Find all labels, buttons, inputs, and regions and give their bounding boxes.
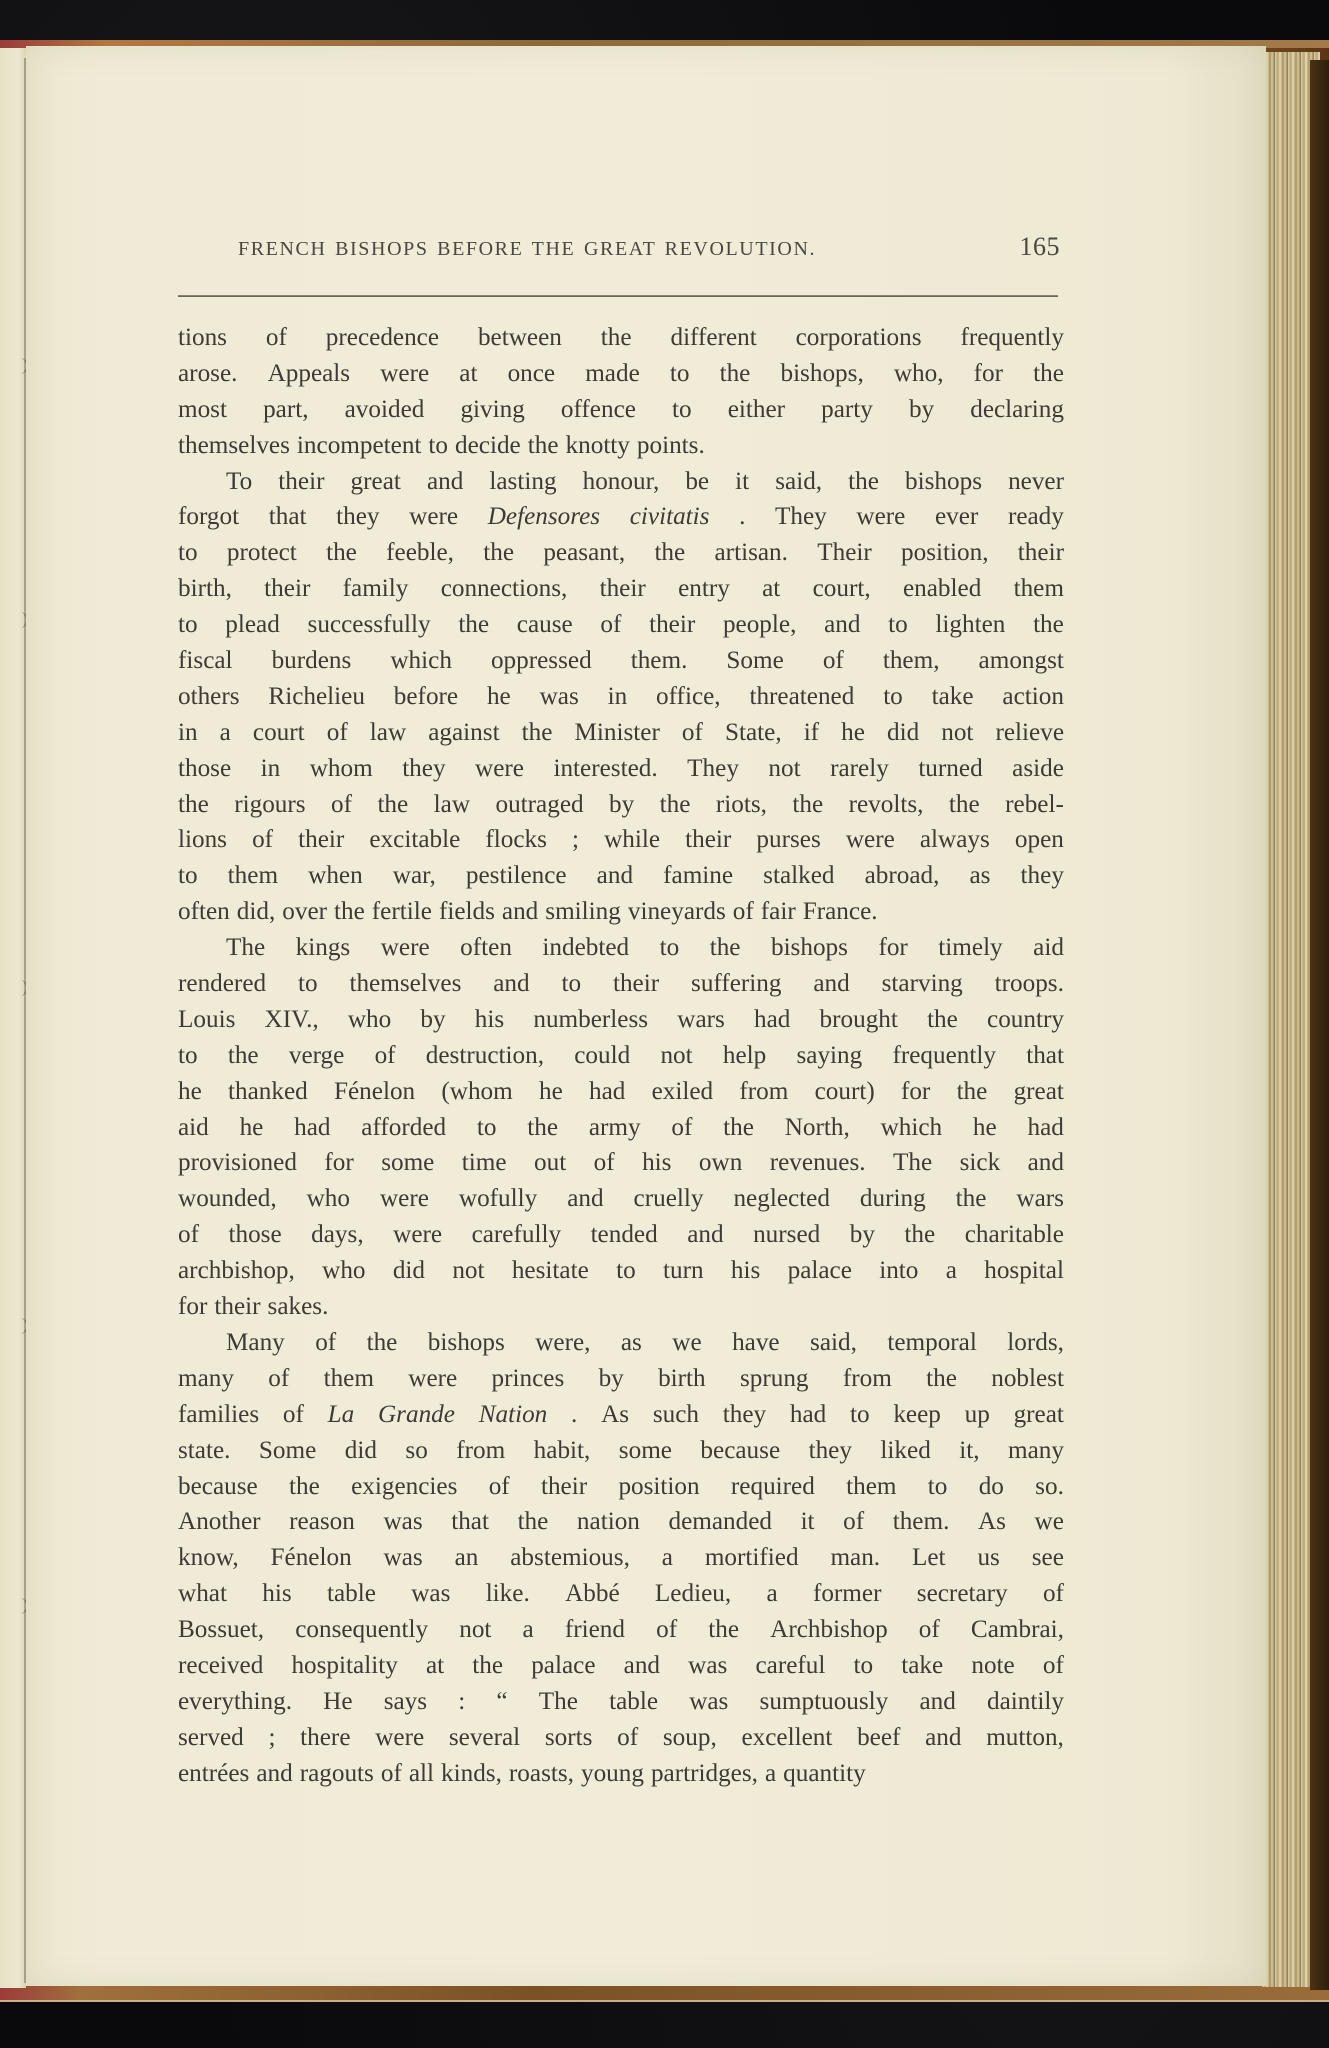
text-line: state.Somedidsofromhabit,somebecausethey… [178, 1433, 1064, 1469]
word: know, [178, 1540, 239, 1576]
word: as [969, 858, 990, 894]
word: and [1028, 1145, 1064, 1181]
word: fields [439, 894, 495, 930]
word: received [178, 1648, 263, 1684]
word: quantity [783, 1756, 866, 1792]
word: daintily [987, 1684, 1064, 1720]
text-line: Totheirgreatandlastinghonour,beitsaid,th… [178, 464, 1064, 500]
word: did, [237, 894, 275, 930]
word: the [1033, 356, 1064, 392]
word: the [708, 1612, 739, 1648]
word: the [710, 930, 741, 966]
word: their [214, 1289, 260, 1325]
word: wars [1016, 1181, 1064, 1217]
word: by [609, 787, 634, 823]
word: whom [310, 751, 373, 787]
word: to [178, 535, 198, 571]
text-line: toprotectthefeeble,thepeasant,theartisan… [178, 535, 1064, 571]
word: purses [756, 822, 820, 858]
word: a [946, 1253, 957, 1289]
left-gutter [0, 48, 26, 1988]
word: during [860, 1181, 926, 1217]
word: The [226, 930, 265, 966]
word: at [459, 356, 477, 392]
word: Abbé [565, 1576, 620, 1612]
word: war, [393, 858, 436, 894]
word: of [283, 1397, 304, 1433]
word: his [262, 1576, 291, 1612]
word: (whom [441, 1074, 512, 1110]
word: the [472, 1648, 503, 1684]
word: often [178, 894, 230, 930]
word: see [1032, 1540, 1064, 1576]
word: most [178, 392, 227, 428]
word: the [527, 1110, 558, 1146]
word: ; [572, 822, 579, 858]
text-line: Bossuet,consequentlynotafriendoftheArchb… [178, 1612, 1064, 1648]
text-line: aidhehadaffordedtothearmyoftheNorth,whic… [178, 1110, 1064, 1146]
body-text: tionsofprecedencebetweenthedifferentcorp… [178, 320, 1064, 1792]
word: to [850, 1397, 870, 1433]
word: to [616, 1253, 636, 1289]
word: it [735, 464, 749, 500]
word: by [599, 1361, 624, 1397]
word: riots, [716, 787, 767, 823]
word: . [739, 499, 745, 535]
word: to [854, 1648, 874, 1684]
word: the [904, 1217, 935, 1253]
word: his [731, 1253, 760, 1289]
word: Cambrai, [971, 1612, 1064, 1648]
word: families [178, 1397, 259, 1433]
word: the [957, 1074, 988, 1110]
word: to [298, 966, 318, 1002]
word: mutton, [986, 1720, 1064, 1756]
word: entrées [178, 1756, 249, 1792]
word: he [539, 1074, 563, 1110]
word: peasant, [543, 535, 625, 571]
word: thanked [228, 1074, 308, 1110]
word: who, [894, 356, 944, 392]
word: of [682, 715, 703, 751]
word: bishops [428, 1325, 505, 1361]
text-line: forgotthattheywereDefensorescivitatis.Th… [178, 499, 1064, 535]
word: lasting [489, 464, 556, 500]
word: nursed [753, 1217, 820, 1253]
text-line: ofthosedays,werecarefullytendedandnursed… [178, 1217, 1064, 1253]
word: nation [577, 1504, 640, 1540]
word: of [381, 1756, 402, 1792]
word: cause [517, 607, 573, 643]
word: we [672, 1325, 701, 1361]
word: court) [815, 1074, 875, 1110]
word: Minister [574, 715, 659, 751]
word: at [762, 571, 780, 607]
word: aid [1033, 930, 1064, 966]
word: do [979, 1469, 1004, 1505]
word: if [804, 715, 819, 751]
word: from [456, 1433, 505, 1469]
word: was [688, 1648, 727, 1684]
word: exiled [652, 1074, 714, 1110]
word: ready [1008, 499, 1064, 535]
word: Archbishop [770, 1612, 888, 1648]
word: of [375, 1038, 396, 1074]
word: people, [723, 607, 796, 643]
word: us [977, 1540, 999, 1576]
word: an [455, 1540, 479, 1576]
word: brought [820, 1002, 898, 1038]
word: the [483, 535, 514, 571]
word: before [394, 679, 458, 715]
word: was [689, 1684, 728, 1720]
word: the [289, 1469, 320, 1505]
word: their [685, 822, 731, 858]
word: the [458, 607, 489, 643]
word: days, [311, 1217, 363, 1253]
word: so. [1035, 1469, 1064, 1505]
word: were [409, 499, 458, 535]
word: XIV., [265, 1002, 319, 1038]
word: They [775, 499, 827, 535]
word: amongst [979, 643, 1064, 679]
word: fertile [372, 894, 432, 930]
word: and [813, 966, 849, 1002]
text-line: everything.Hesays:“Thetablewassumptuousl… [178, 1684, 1064, 1720]
word: secretary [917, 1576, 1008, 1612]
text-line: therigoursofthelawoutragedbytheriots,the… [178, 787, 1064, 823]
word: the [377, 787, 408, 823]
word: turn [663, 1253, 704, 1289]
text-line: tothevergeofdestruction,couldnothelpsayi… [178, 1038, 1064, 1074]
word: in [261, 751, 281, 787]
word: they [336, 499, 379, 535]
word: of [617, 1720, 638, 1756]
word: for [878, 930, 907, 966]
word: the [334, 894, 365, 930]
word: and [427, 464, 463, 500]
word: of [1043, 1648, 1064, 1684]
word: their [1018, 535, 1064, 571]
word: former [813, 1576, 882, 1612]
word: over [282, 894, 327, 930]
word: consequently [295, 1612, 428, 1648]
word: a [766, 1576, 777, 1612]
word: tended [591, 1217, 658, 1253]
word: knotty [566, 428, 630, 464]
word: to [660, 930, 680, 966]
word: rarely [830, 751, 889, 787]
word: says [384, 1684, 427, 1720]
word: reason [289, 1504, 355, 1540]
word: successfully [308, 607, 431, 643]
word: of [843, 1504, 864, 1540]
word: and [256, 1756, 292, 1792]
word: those [228, 1217, 281, 1253]
word: state. [178, 1433, 230, 1469]
text-line: familiesofLaGrandeNation.Assuchtheyhadto… [178, 1397, 1064, 1433]
word: law [370, 715, 406, 751]
word: beef [857, 1720, 900, 1756]
word: frequently [960, 320, 1064, 356]
word: several [449, 1720, 520, 1756]
word: into [879, 1253, 918, 1289]
word: they [723, 1397, 766, 1433]
word: relieve [995, 715, 1064, 751]
word: some [381, 1145, 434, 1181]
word: lighten [935, 607, 1005, 643]
word: soup, [663, 1720, 717, 1756]
word: were [846, 822, 895, 858]
word: tions [178, 320, 227, 356]
word: mortified [705, 1540, 799, 1576]
word: of [823, 643, 844, 679]
text-line: tothemwhenwar,pestilenceandfaminestalked… [178, 858, 1064, 894]
word: turned [918, 751, 982, 787]
word: the [1033, 607, 1064, 643]
word: careful [755, 1648, 825, 1684]
paragraph: tionsofprecedencebetweenthedifferentcorp… [178, 320, 1064, 464]
word: to [928, 1469, 948, 1505]
word: decide [455, 428, 521, 464]
word: table [609, 1684, 658, 1720]
word: like. [486, 1576, 530, 1612]
word: party [821, 392, 873, 428]
text-line: manyofthemwereprincesbybirthsprungfromth… [178, 1361, 1064, 1397]
word: aid [178, 1110, 209, 1146]
word: them [1014, 571, 1064, 607]
word: wars [677, 1002, 725, 1038]
word: for [901, 1074, 930, 1110]
word: of [252, 822, 273, 858]
word: family [343, 571, 409, 607]
word: sprung [740, 1361, 809, 1397]
word: he [487, 679, 511, 715]
word: Another [178, 1504, 261, 1540]
word: them. [631, 643, 688, 679]
word: Louis [178, 1002, 235, 1038]
word: forgot [178, 499, 239, 535]
word: position [618, 1469, 699, 1505]
word: have [732, 1325, 780, 1361]
word: offence [561, 392, 636, 428]
word: precedence [326, 320, 439, 356]
word: we [1035, 1504, 1064, 1540]
word: so [405, 1433, 427, 1469]
word: avoided [345, 392, 425, 428]
word: to [477, 1110, 497, 1146]
word: there [300, 1720, 350, 1756]
word: to [888, 607, 908, 643]
word: who [307, 1181, 350, 1217]
word: demanded [668, 1504, 772, 1540]
word: they [1021, 858, 1064, 894]
word: from [843, 1361, 892, 1397]
word: revenues. [770, 1145, 866, 1181]
word: own [699, 1145, 742, 1181]
word: of [733, 894, 754, 930]
word: honour, [583, 464, 660, 500]
word: Richelieu [268, 679, 365, 715]
word: points. [637, 428, 705, 464]
word: France. [803, 894, 878, 930]
word: of [1043, 1576, 1064, 1612]
word: to [562, 966, 582, 1002]
word: exigencies [351, 1469, 457, 1505]
word: hesitate [512, 1253, 589, 1289]
word: oppressed [491, 643, 592, 679]
text-line: wounded,whowerewofullyandcruellyneglecte… [178, 1181, 1064, 1217]
word: their [600, 571, 646, 607]
word: bishops [771, 930, 848, 966]
word: army [589, 1110, 641, 1146]
word: for [324, 1145, 353, 1181]
word: North, [785, 1110, 850, 1146]
word: his [642, 1145, 671, 1181]
word: giving [460, 392, 524, 428]
word: note [971, 1648, 1014, 1684]
word: their [298, 822, 344, 858]
word: when [308, 858, 363, 894]
italic-word: Grande [378, 1397, 455, 1433]
word: did [393, 1253, 425, 1289]
word: indebted [542, 930, 629, 966]
word: they [809, 1433, 852, 1469]
word: great [1014, 1397, 1064, 1433]
word: : [458, 1684, 465, 1720]
word: plead [225, 607, 280, 643]
word: the [723, 1110, 754, 1146]
word: never [1008, 464, 1064, 500]
word: bishops [905, 464, 982, 500]
word: fiscal [178, 643, 233, 679]
paragraph: Thekingswereoftenindebtedtothebishopsfor… [178, 930, 1064, 1325]
text-line: Manyofthebishopswere,aswehavesaid,tempor… [178, 1325, 1064, 1361]
word: lions [178, 822, 227, 858]
word: verge [289, 1038, 344, 1074]
word: of [178, 1217, 199, 1253]
word: them. [893, 1504, 950, 1540]
word: As [978, 1504, 1006, 1540]
text-line: Thekingswereoftenindebtedtothebishopsfor… [178, 930, 1064, 966]
word: by [909, 392, 934, 428]
word: rigours [234, 787, 305, 823]
word: once [508, 356, 556, 392]
word: incompetent [297, 428, 422, 464]
word: were [380, 356, 429, 392]
word: many [178, 1361, 234, 1397]
word: pestilence [466, 858, 567, 894]
running-head: FRENCH BISHOPS BEFORE THE GREAT REVOLUTI… [238, 232, 1060, 268]
word: to [672, 392, 692, 428]
word: he [178, 1074, 202, 1110]
word: what [178, 1576, 227, 1612]
text-line: hethankedFénelon(whomhehadexiledfromcour… [178, 1074, 1064, 1110]
word: were [375, 1720, 424, 1756]
word: carefully [472, 1217, 562, 1253]
text-line: oftendid,overthefertilefieldsandsmilingv… [178, 894, 1064, 930]
text-line: served;therewereseveralsortsofsoup,excel… [178, 1720, 1064, 1756]
word: up [965, 1397, 990, 1433]
word: position, [901, 535, 988, 571]
word: them, [883, 643, 940, 679]
text-line: tionsofprecedencebetweenthedifferentcorp… [178, 320, 1064, 356]
word: destruction, [426, 1038, 544, 1074]
word: Their [817, 535, 872, 571]
text-line: whathistablewaslike.AbbéLedieu,aformerse… [178, 1576, 1064, 1612]
word: some [619, 1433, 672, 1469]
word: rendered [178, 966, 266, 1002]
word: always [920, 822, 990, 858]
word: revolts, [849, 787, 924, 823]
text-line: Anotherreasonwasthatthenationdemandedito… [178, 1504, 1064, 1540]
word: and [502, 894, 538, 930]
word: great [1014, 1074, 1064, 1110]
word: excitable [369, 822, 460, 858]
text-line: lionsoftheirexcitableflocks;whiletheirpu… [178, 822, 1064, 858]
word: others [178, 679, 240, 715]
word: interested. [553, 751, 657, 787]
text-line: entréesandragoutsofallkinds,roasts,young… [178, 1756, 1064, 1792]
text-line: LouisXIV.,whobyhisnumberlesswarshadbroug… [178, 1002, 1064, 1038]
word: many [1008, 1433, 1064, 1469]
word: said, [810, 1325, 857, 1361]
word: such [653, 1397, 699, 1433]
word: The [539, 1684, 578, 1720]
word: the [848, 464, 879, 500]
word: sumptuously [760, 1684, 889, 1720]
text-line: othersRichelieubeforehewasinoffice,threa… [178, 679, 1064, 715]
word: the [228, 1038, 259, 1074]
word: As [601, 1397, 629, 1433]
word: them [846, 1469, 896, 1505]
word: not [660, 1038, 692, 1074]
word: the [660, 787, 691, 823]
word: artisan. [715, 535, 788, 571]
book-bottom-edge [0, 1984, 1329, 2002]
word: his [475, 1002, 504, 1038]
word: declaring [970, 392, 1064, 428]
word: liked [880, 1433, 930, 1469]
word: habit, [534, 1433, 591, 1469]
word: Ledieu, [655, 1576, 731, 1612]
word: the [522, 715, 553, 751]
word: by [850, 1217, 875, 1253]
word: not [452, 1253, 484, 1289]
word: those [178, 751, 231, 787]
word: the [178, 787, 209, 823]
word: had [294, 1110, 330, 1146]
text-line: birth,theirfamilyconnections,theirentrya… [178, 571, 1064, 607]
word: because [178, 1469, 258, 1505]
word: themselves [349, 966, 461, 1002]
word: the [927, 1002, 958, 1038]
text-line: know,Fénelonwasanabstemious,amortifiedma… [178, 1540, 1064, 1576]
word: were [475, 751, 524, 787]
word: wounded, [178, 1181, 277, 1217]
text-line: arose.Appealswereatoncemadetothebishops,… [178, 356, 1064, 392]
word: stalked [763, 858, 834, 894]
word: of [266, 320, 287, 356]
word: palace [788, 1253, 852, 1289]
cover-spine-edge [1310, 60, 1329, 1990]
word: troops. [995, 966, 1064, 1002]
word: out [534, 1145, 566, 1181]
word: the [601, 320, 632, 356]
word: of [327, 715, 348, 751]
word: in [608, 679, 628, 715]
word: had [754, 1002, 790, 1038]
